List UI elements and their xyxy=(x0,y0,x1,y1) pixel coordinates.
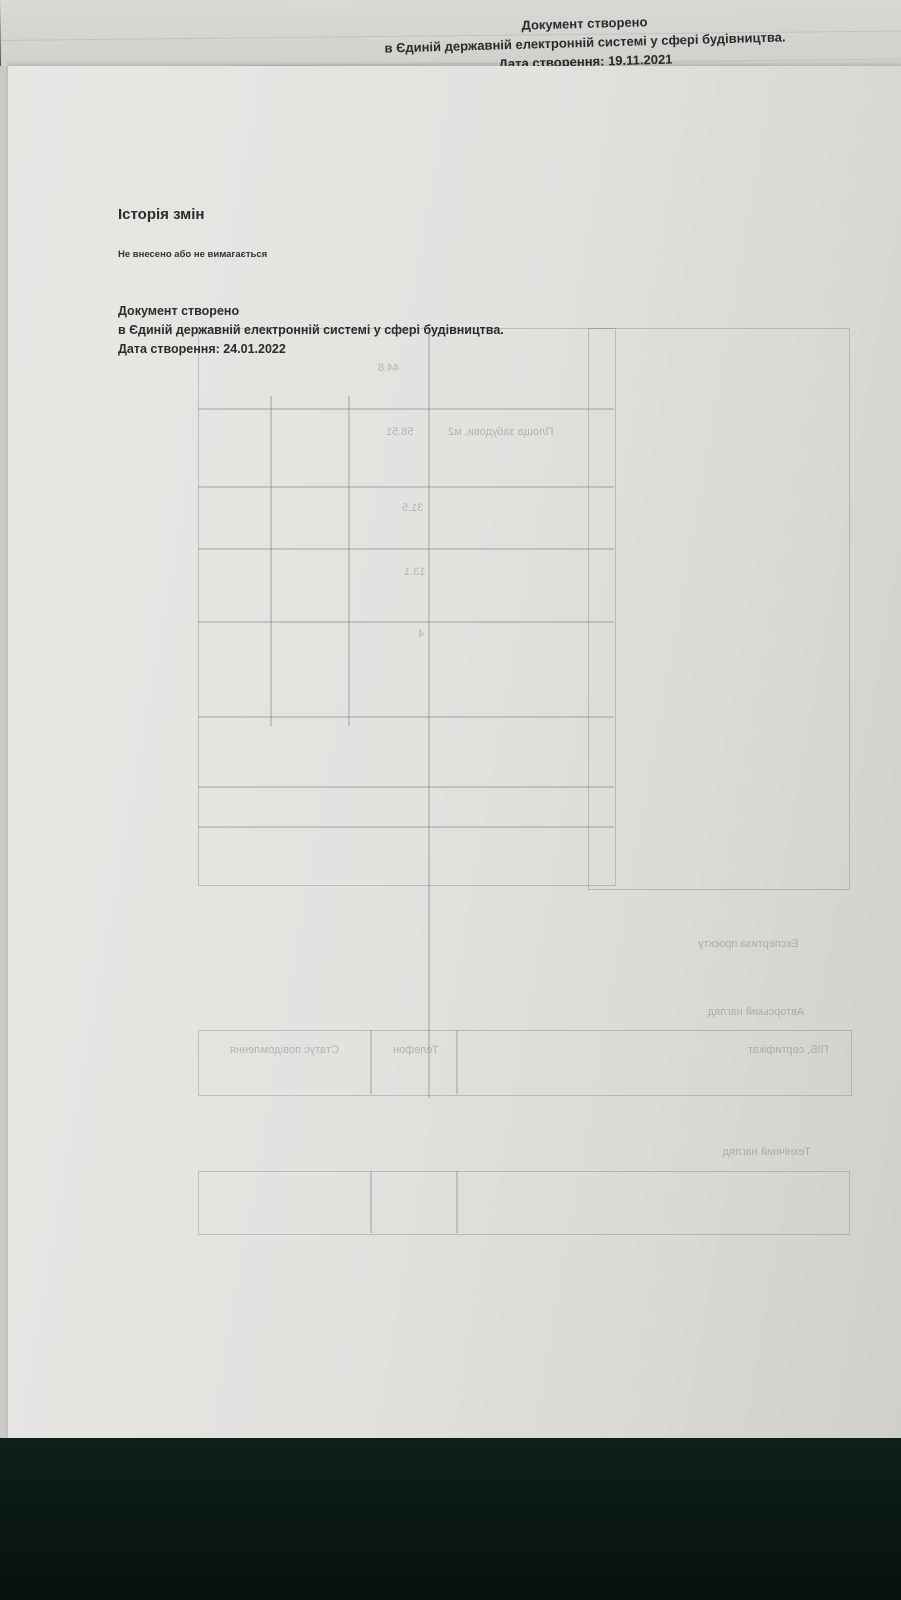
ghost-label: Авторський нагляд xyxy=(708,1006,804,1018)
ghost-table-main xyxy=(198,328,616,886)
ghost-label: Статус повідомлення xyxy=(230,1044,339,1056)
ghost-table-author xyxy=(198,1030,852,1096)
stamp-line-3: Дата створення: 24.01.2022 xyxy=(118,340,504,359)
ghost-label: ПІБ, сертифікат xyxy=(748,1044,828,1056)
ghost-table-technical xyxy=(198,1171,850,1235)
ghost-value: 4 xyxy=(418,628,424,640)
ghost-value: 58.51 xyxy=(386,426,414,438)
ghost-label: Площа забудови, м2 xyxy=(448,426,553,438)
history-status: Не внесено або не вимагається xyxy=(118,249,504,260)
ghost-label: Експертиза проєкту xyxy=(698,938,799,950)
ghost-value: 31.5 xyxy=(402,502,423,514)
ghost-label: Телефон xyxy=(393,1044,439,1056)
document-creation-stamp: Документ створено в Єдиній державній еле… xyxy=(118,302,504,359)
stamp-line-1: Документ створено xyxy=(118,302,504,321)
stamp-line-2: в Єдиній державній електронній системі у… xyxy=(118,321,504,340)
background-surface xyxy=(0,1438,901,1600)
ghost-value: 13.1 xyxy=(404,566,425,578)
ghost-table-right xyxy=(588,328,850,890)
history-title: Історія змін xyxy=(118,206,504,223)
ghost-label: Технічний нагляд xyxy=(723,1146,811,1158)
history-section: Історія змін Не внесено або не вимагаєть… xyxy=(118,206,504,359)
ghost-value: 44.8 xyxy=(378,362,399,374)
